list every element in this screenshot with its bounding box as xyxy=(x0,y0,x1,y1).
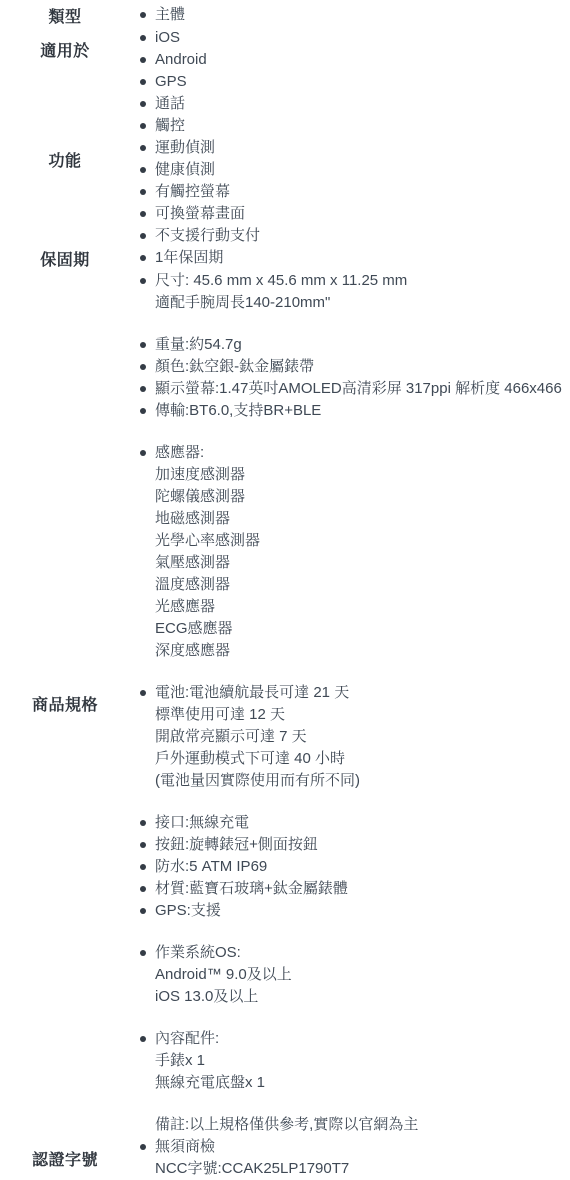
spec-group: 重量:約54.7g顏色:鈦空銀-鈦金屬錶帶顯示螢幕:1.47英吋AMOLED高清… xyxy=(130,334,570,422)
bullet-icon xyxy=(140,35,146,41)
spec-group: 內容配件:手錶x 1無線充電底盤x 1 xyxy=(130,1028,570,1094)
spec-lines: 觸控 xyxy=(155,115,570,137)
spec-lines: 備註:以上規格僅供參考,實際以官網為主 xyxy=(155,1114,570,1136)
spec-item: 通話 xyxy=(130,93,570,115)
bullet-icon xyxy=(140,450,146,456)
spec-line: 無線充電底盤x 1 xyxy=(155,1072,570,1094)
product-spec-page: 類型主體適用於iOSAndroid功能GPS通話觸控運動偵測健康偵測有觸控螢幕可… xyxy=(0,0,570,1180)
bullet-icon xyxy=(140,1144,146,1150)
spec-line: 備註:以上規格僅供參考,實際以官網為主 xyxy=(155,1114,570,1136)
section-label: 類型 xyxy=(0,4,130,27)
spec-lines: 尺寸: 45.6 mm x 45.6 mm x 11.25 mm適配手腕周長14… xyxy=(155,270,570,314)
section-content: 無須商檢NCC字號:CCAK25LP1790T7 xyxy=(130,1136,570,1180)
section-label: 認證字號 xyxy=(0,1136,130,1180)
spec-item: 備註:以上規格僅供參考,實際以官網為主 xyxy=(130,1114,570,1136)
bullet-icon xyxy=(140,101,146,107)
spec-line: Android xyxy=(155,49,570,71)
spec-line: NCC字號:CCAK25LP1790T7 xyxy=(155,1158,570,1180)
spec-line: 尺寸: 45.6 mm x 45.6 mm x 11.25 mm xyxy=(155,270,570,292)
spec-lines: 通話 xyxy=(155,93,570,115)
bullet-icon xyxy=(140,908,146,914)
spec-item: 運動偵測 xyxy=(130,137,570,159)
bullet-icon xyxy=(140,167,146,173)
spec-line: 有觸控螢幕 xyxy=(155,181,570,203)
spec-lines: 作業系統OS:Android™ 9.0及以上iOS 13.0及以上 xyxy=(155,942,570,1008)
spec-line: 重量:約54.7g xyxy=(155,334,570,356)
spec-line: 溫度感測器 xyxy=(155,574,570,596)
spec-item: 不支援行動支付 xyxy=(130,225,570,247)
section-row: 商品規格尺寸: 45.6 mm x 45.6 mm x 11.25 mm適配手腕… xyxy=(0,270,570,1136)
spec-lines: 顯示螢幕:1.47英吋AMOLED高清彩屏 317ppi 解析度 466x466 xyxy=(155,378,570,400)
spec-lines: 運動偵測 xyxy=(155,137,570,159)
spec-lines: 有觸控螢幕 xyxy=(155,181,570,203)
spec-item: iOS xyxy=(130,27,570,49)
section-label: 商品規格 xyxy=(0,270,130,1136)
bullet-icon xyxy=(140,211,146,217)
spec-item: GPS:支援 xyxy=(130,900,570,922)
spec-line: GPS:支援 xyxy=(155,900,570,922)
bullet-icon xyxy=(140,1036,146,1042)
spec-line: 手錶x 1 xyxy=(155,1050,570,1072)
spec-line: 無須商檢 xyxy=(155,1136,570,1158)
spec-lines: GPS:支援 xyxy=(155,900,570,922)
spec-item: 主體 xyxy=(130,4,570,26)
spec-lines: 防水:5 ATM IP69 xyxy=(155,856,570,878)
spec-lines: 傳輸:BT6.0,支持BR+BLE xyxy=(155,400,570,422)
spec-lines: 不支援行動支付 xyxy=(155,225,570,247)
spec-group: 1年保固期 xyxy=(130,247,570,269)
spec-item: 感應器:加速度感測器陀螺儀感測器地磁感測器光學心率感測器氣壓感測器溫度感測器光感… xyxy=(130,442,570,662)
spec-line: 通話 xyxy=(155,93,570,115)
spec-lines: Android xyxy=(155,49,570,71)
spec-item: 尺寸: 45.6 mm x 45.6 mm x 11.25 mm適配手腕周長14… xyxy=(130,270,570,314)
spec-line: 可換螢幕畫面 xyxy=(155,203,570,225)
bullet-icon xyxy=(140,255,146,261)
spec-group: 接口:無線充電按鈕:旋轉錶冠+側面按鈕防水:5 ATM IP69材質:藍寶石玻璃… xyxy=(130,812,570,922)
spec-line: 加速度感測器 xyxy=(155,464,570,486)
section-label: 功能 xyxy=(0,71,130,247)
spec-line: 開啟常亮顯示可達 7 天 xyxy=(155,726,570,748)
spec-line: 不支援行動支付 xyxy=(155,225,570,247)
bullet-icon xyxy=(140,886,146,892)
section-label: 保固期 xyxy=(0,247,130,270)
section-content: iOSAndroid xyxy=(130,27,570,71)
spec-lines: 主體 xyxy=(155,4,570,26)
bullet-icon xyxy=(140,57,146,63)
spec-group: 備註:以上規格僅供參考,實際以官網為主 xyxy=(130,1114,570,1136)
bullet-icon xyxy=(140,364,146,370)
bullet-icon xyxy=(140,386,146,392)
section-content: 1年保固期 xyxy=(130,247,570,270)
section-row: 適用於iOSAndroid xyxy=(0,27,570,71)
spec-item: 顯示螢幕:1.47英吋AMOLED高清彩屏 317ppi 解析度 466x466 xyxy=(130,378,570,400)
spec-item: 內容配件:手錶x 1無線充電底盤x 1 xyxy=(130,1028,570,1094)
spec-group: 主體 xyxy=(130,4,570,26)
spec-group: 電池:電池續航最長可達 21 天標準使用可達 12 天開啟常亮顯示可達 7 天戶… xyxy=(130,682,570,792)
spec-line: 地磁感測器 xyxy=(155,508,570,530)
spec-item: GPS xyxy=(130,71,570,93)
spec-line: 運動偵測 xyxy=(155,137,570,159)
spec-item: 防水:5 ATM IP69 xyxy=(130,856,570,878)
bullet-icon xyxy=(140,278,146,284)
spec-line: 陀螺儀感測器 xyxy=(155,486,570,508)
spec-line: 戶外運動模式下可達 40 小時 xyxy=(155,748,570,770)
spec-line: 觸控 xyxy=(155,115,570,137)
spec-line: 光學心率感測器 xyxy=(155,530,570,552)
spec-lines: 重量:約54.7g xyxy=(155,334,570,356)
spec-lines: 感應器:加速度感測器陀螺儀感測器地磁感測器光學心率感測器氣壓感測器溫度感測器光感… xyxy=(155,442,570,662)
bullet-icon xyxy=(140,189,146,195)
bullet-icon xyxy=(140,690,146,696)
spec-lines: 按鈕:旋轉錶冠+側面按鈕 xyxy=(155,834,570,856)
spec-line: Android™ 9.0及以上 xyxy=(155,964,570,986)
spec-item: 健康偵測 xyxy=(130,159,570,181)
spec-group: 無須商檢NCC字號:CCAK25LP1790T7 xyxy=(130,1136,570,1180)
spec-lines: 電池:電池續航最長可達 21 天標準使用可達 12 天開啟常亮顯示可達 7 天戶… xyxy=(155,682,570,792)
bullet-icon xyxy=(140,842,146,848)
spec-item: Android xyxy=(130,49,570,71)
spec-item: 可換螢幕畫面 xyxy=(130,203,570,225)
spec-line: 深度感應器 xyxy=(155,640,570,662)
spec-lines: 內容配件:手錶x 1無線充電底盤x 1 xyxy=(155,1028,570,1094)
section-content: 主體 xyxy=(130,4,570,27)
spec-line: 按鈕:旋轉錶冠+側面按鈕 xyxy=(155,834,570,856)
spec-line: 1年保固期 xyxy=(155,247,570,269)
spec-line: 材質:藍寶石玻璃+鈦金屬錶體 xyxy=(155,878,570,900)
spec-lines: 無須商檢NCC字號:CCAK25LP1790T7 xyxy=(155,1136,570,1180)
section-content: 尺寸: 45.6 mm x 45.6 mm x 11.25 mm適配手腕周長14… xyxy=(130,270,570,1136)
bullet-icon xyxy=(140,820,146,826)
spec-item: 觸控 xyxy=(130,115,570,137)
spec-item: 有觸控螢幕 xyxy=(130,181,570,203)
spec-group: 作業系統OS:Android™ 9.0及以上iOS 13.0及以上 xyxy=(130,942,570,1008)
spec-line: 感應器: xyxy=(155,442,570,464)
spec-group: 尺寸: 45.6 mm x 45.6 mm x 11.25 mm適配手腕周長14… xyxy=(130,270,570,314)
spec-line: 適配手腕周長140-210mm" xyxy=(155,292,570,314)
spec-item: 重量:約54.7g xyxy=(130,334,570,356)
spec-line: iOS xyxy=(155,27,570,49)
section-content: GPS通話觸控運動偵測健康偵測有觸控螢幕可換螢幕畫面不支援行動支付 xyxy=(130,71,570,247)
spec-group: GPS通話觸控運動偵測健康偵測有觸控螢幕可換螢幕畫面不支援行動支付 xyxy=(130,71,570,247)
spec-line: 電池:電池續航最長可達 21 天 xyxy=(155,682,570,704)
spec-line: ECG感應器 xyxy=(155,618,570,640)
spec-item: 電池:電池續航最長可達 21 天標準使用可達 12 天開啟常亮顯示可達 7 天戶… xyxy=(130,682,570,792)
spec-line: 防水:5 ATM IP69 xyxy=(155,856,570,878)
bullet-icon xyxy=(140,145,146,151)
spec-line: 主體 xyxy=(155,4,570,26)
spec-lines: GPS xyxy=(155,71,570,93)
spec-item: 無須商檢NCC字號:CCAK25LP1790T7 xyxy=(130,1136,570,1180)
spec-line: 顯示螢幕:1.47英吋AMOLED高清彩屏 317ppi 解析度 466x466 xyxy=(155,378,570,400)
spec-group: iOSAndroid xyxy=(130,27,570,71)
spec-lines: 材質:藍寶石玻璃+鈦金屬錶體 xyxy=(155,878,570,900)
spec-line: iOS 13.0及以上 xyxy=(155,986,570,1008)
spec-lines: 顏色:鈦空銀-鈦金屬錶帶 xyxy=(155,356,570,378)
spec-line: 光感應器 xyxy=(155,596,570,618)
spec-lines: 健康偵測 xyxy=(155,159,570,181)
section-row: 保固期1年保固期 xyxy=(0,247,570,270)
spec-item: 作業系統OS:Android™ 9.0及以上iOS 13.0及以上 xyxy=(130,942,570,1008)
spec-table: 類型主體適用於iOSAndroid功能GPS通話觸控運動偵測健康偵測有觸控螢幕可… xyxy=(0,4,570,1180)
section-row: 認證字號無須商檢NCC字號:CCAK25LP1790T7 xyxy=(0,1136,570,1180)
spec-item: 按鈕:旋轉錶冠+側面按鈕 xyxy=(130,834,570,856)
bullet-icon xyxy=(140,123,146,129)
bullet-icon xyxy=(140,79,146,85)
spec-item: 材質:藍寶石玻璃+鈦金屬錶體 xyxy=(130,878,570,900)
bullet-icon xyxy=(140,408,146,414)
spec-item: 1年保固期 xyxy=(130,247,570,269)
bullet-icon xyxy=(140,233,146,239)
spec-lines: 可換螢幕畫面 xyxy=(155,203,570,225)
spec-line: 傳輸:BT6.0,支持BR+BLE xyxy=(155,400,570,422)
spec-line: 顏色:鈦空銀-鈦金屬錶帶 xyxy=(155,356,570,378)
spec-lines: 1年保固期 xyxy=(155,247,570,269)
spec-item: 傳輸:BT6.0,支持BR+BLE xyxy=(130,400,570,422)
spec-lines: 接口:無線充電 xyxy=(155,812,570,834)
section-row: 類型主體 xyxy=(0,4,570,27)
spec-line: 作業系統OS: xyxy=(155,942,570,964)
bullet-icon xyxy=(140,950,146,956)
spec-group: 感應器:加速度感測器陀螺儀感測器地磁感測器光學心率感測器氣壓感測器溫度感測器光感… xyxy=(130,442,570,662)
bullet-icon xyxy=(140,12,146,18)
spec-line: 內容配件: xyxy=(155,1028,570,1050)
spec-line: (電池量因實際使用而有所不同) xyxy=(155,770,570,792)
section-row: 功能GPS通話觸控運動偵測健康偵測有觸控螢幕可換螢幕畫面不支援行動支付 xyxy=(0,71,570,247)
bullet-icon xyxy=(140,342,146,348)
spec-line: 接口:無線充電 xyxy=(155,812,570,834)
spec-line: GPS xyxy=(155,71,570,93)
bullet-icon xyxy=(140,864,146,870)
spec-line: 健康偵測 xyxy=(155,159,570,181)
spec-line: 氣壓感測器 xyxy=(155,552,570,574)
section-label: 適用於 xyxy=(0,27,130,71)
spec-line: 標準使用可達 12 天 xyxy=(155,704,570,726)
spec-item: 顏色:鈦空銀-鈦金屬錶帶 xyxy=(130,356,570,378)
spec-lines: iOS xyxy=(155,27,570,49)
spec-item: 接口:無線充電 xyxy=(130,812,570,834)
